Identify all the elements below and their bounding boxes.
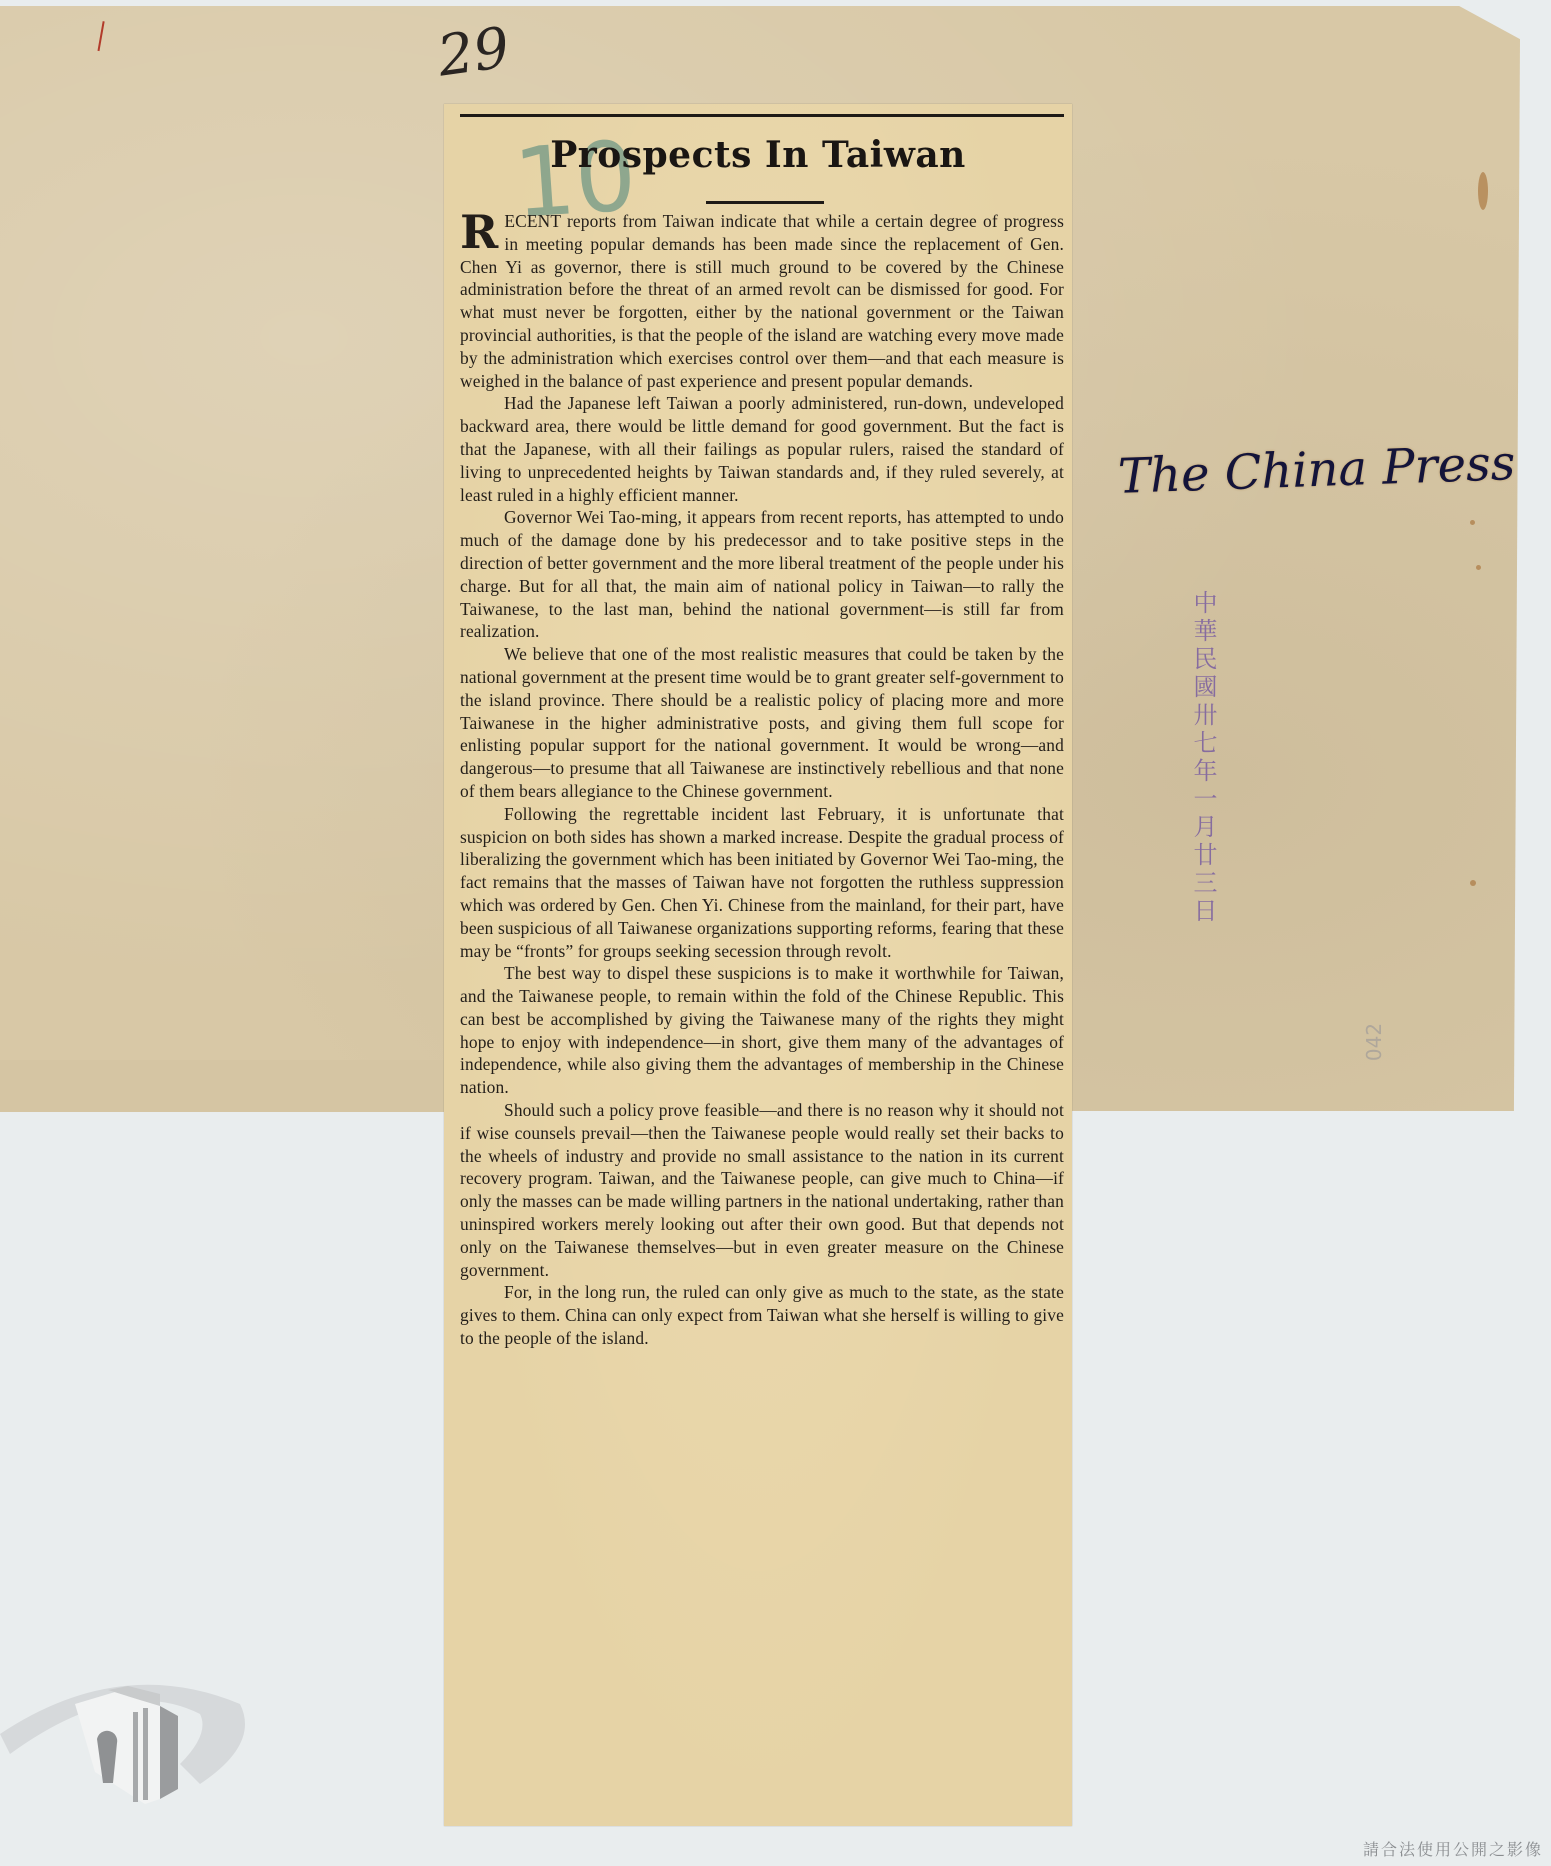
article-paragraph: Following the regrettable incident last … bbox=[460, 803, 1064, 963]
backing-sheet-edge bbox=[0, 1060, 450, 1112]
date-stamp: 中華民國卅七年一月廿三日 bbox=[1184, 590, 1218, 926]
rust-stain bbox=[1470, 520, 1475, 525]
article-paragraph: For, in the long run, the ruled can only… bbox=[460, 1281, 1064, 1349]
article-title: Prospects In Taiwan bbox=[444, 134, 1072, 176]
article-paragraph: Should such a policy prove feasible—and … bbox=[460, 1099, 1064, 1281]
watermark-notice: 請合法使用公開之影像 bbox=[1363, 1837, 1543, 1860]
article-paragraph: We believe that one of the most realisti… bbox=[460, 643, 1064, 803]
article-paragraph: Governor Wei Tao-ming, it appears from r… bbox=[460, 506, 1064, 643]
title-rule bbox=[706, 201, 824, 204]
article-paragraph: Had the Japanese left Taiwan a poorly ad… bbox=[460, 392, 1064, 506]
corner-mark: 042 bbox=[1362, 1023, 1386, 1061]
newspaper-clipping: 10 Prospects In Taiwan RECENT reports fr… bbox=[444, 104, 1072, 1826]
rust-stain bbox=[1476, 565, 1481, 570]
top-rule bbox=[460, 114, 1064, 117]
article-paragraph: The best way to dispel these suspicions … bbox=[460, 962, 1064, 1099]
rust-stain bbox=[1470, 880, 1476, 886]
rust-stain bbox=[1478, 172, 1488, 210]
handwritten-page-number: 29 bbox=[434, 15, 514, 89]
drop-cap: R bbox=[460, 212, 498, 252]
archive-book-keyhole-icon bbox=[0, 1664, 250, 1839]
article-body: RECENT reports from Taiwan indicate that… bbox=[460, 210, 1064, 1350]
article-paragraph: RECENT reports from Taiwan indicate that… bbox=[460, 210, 1064, 392]
